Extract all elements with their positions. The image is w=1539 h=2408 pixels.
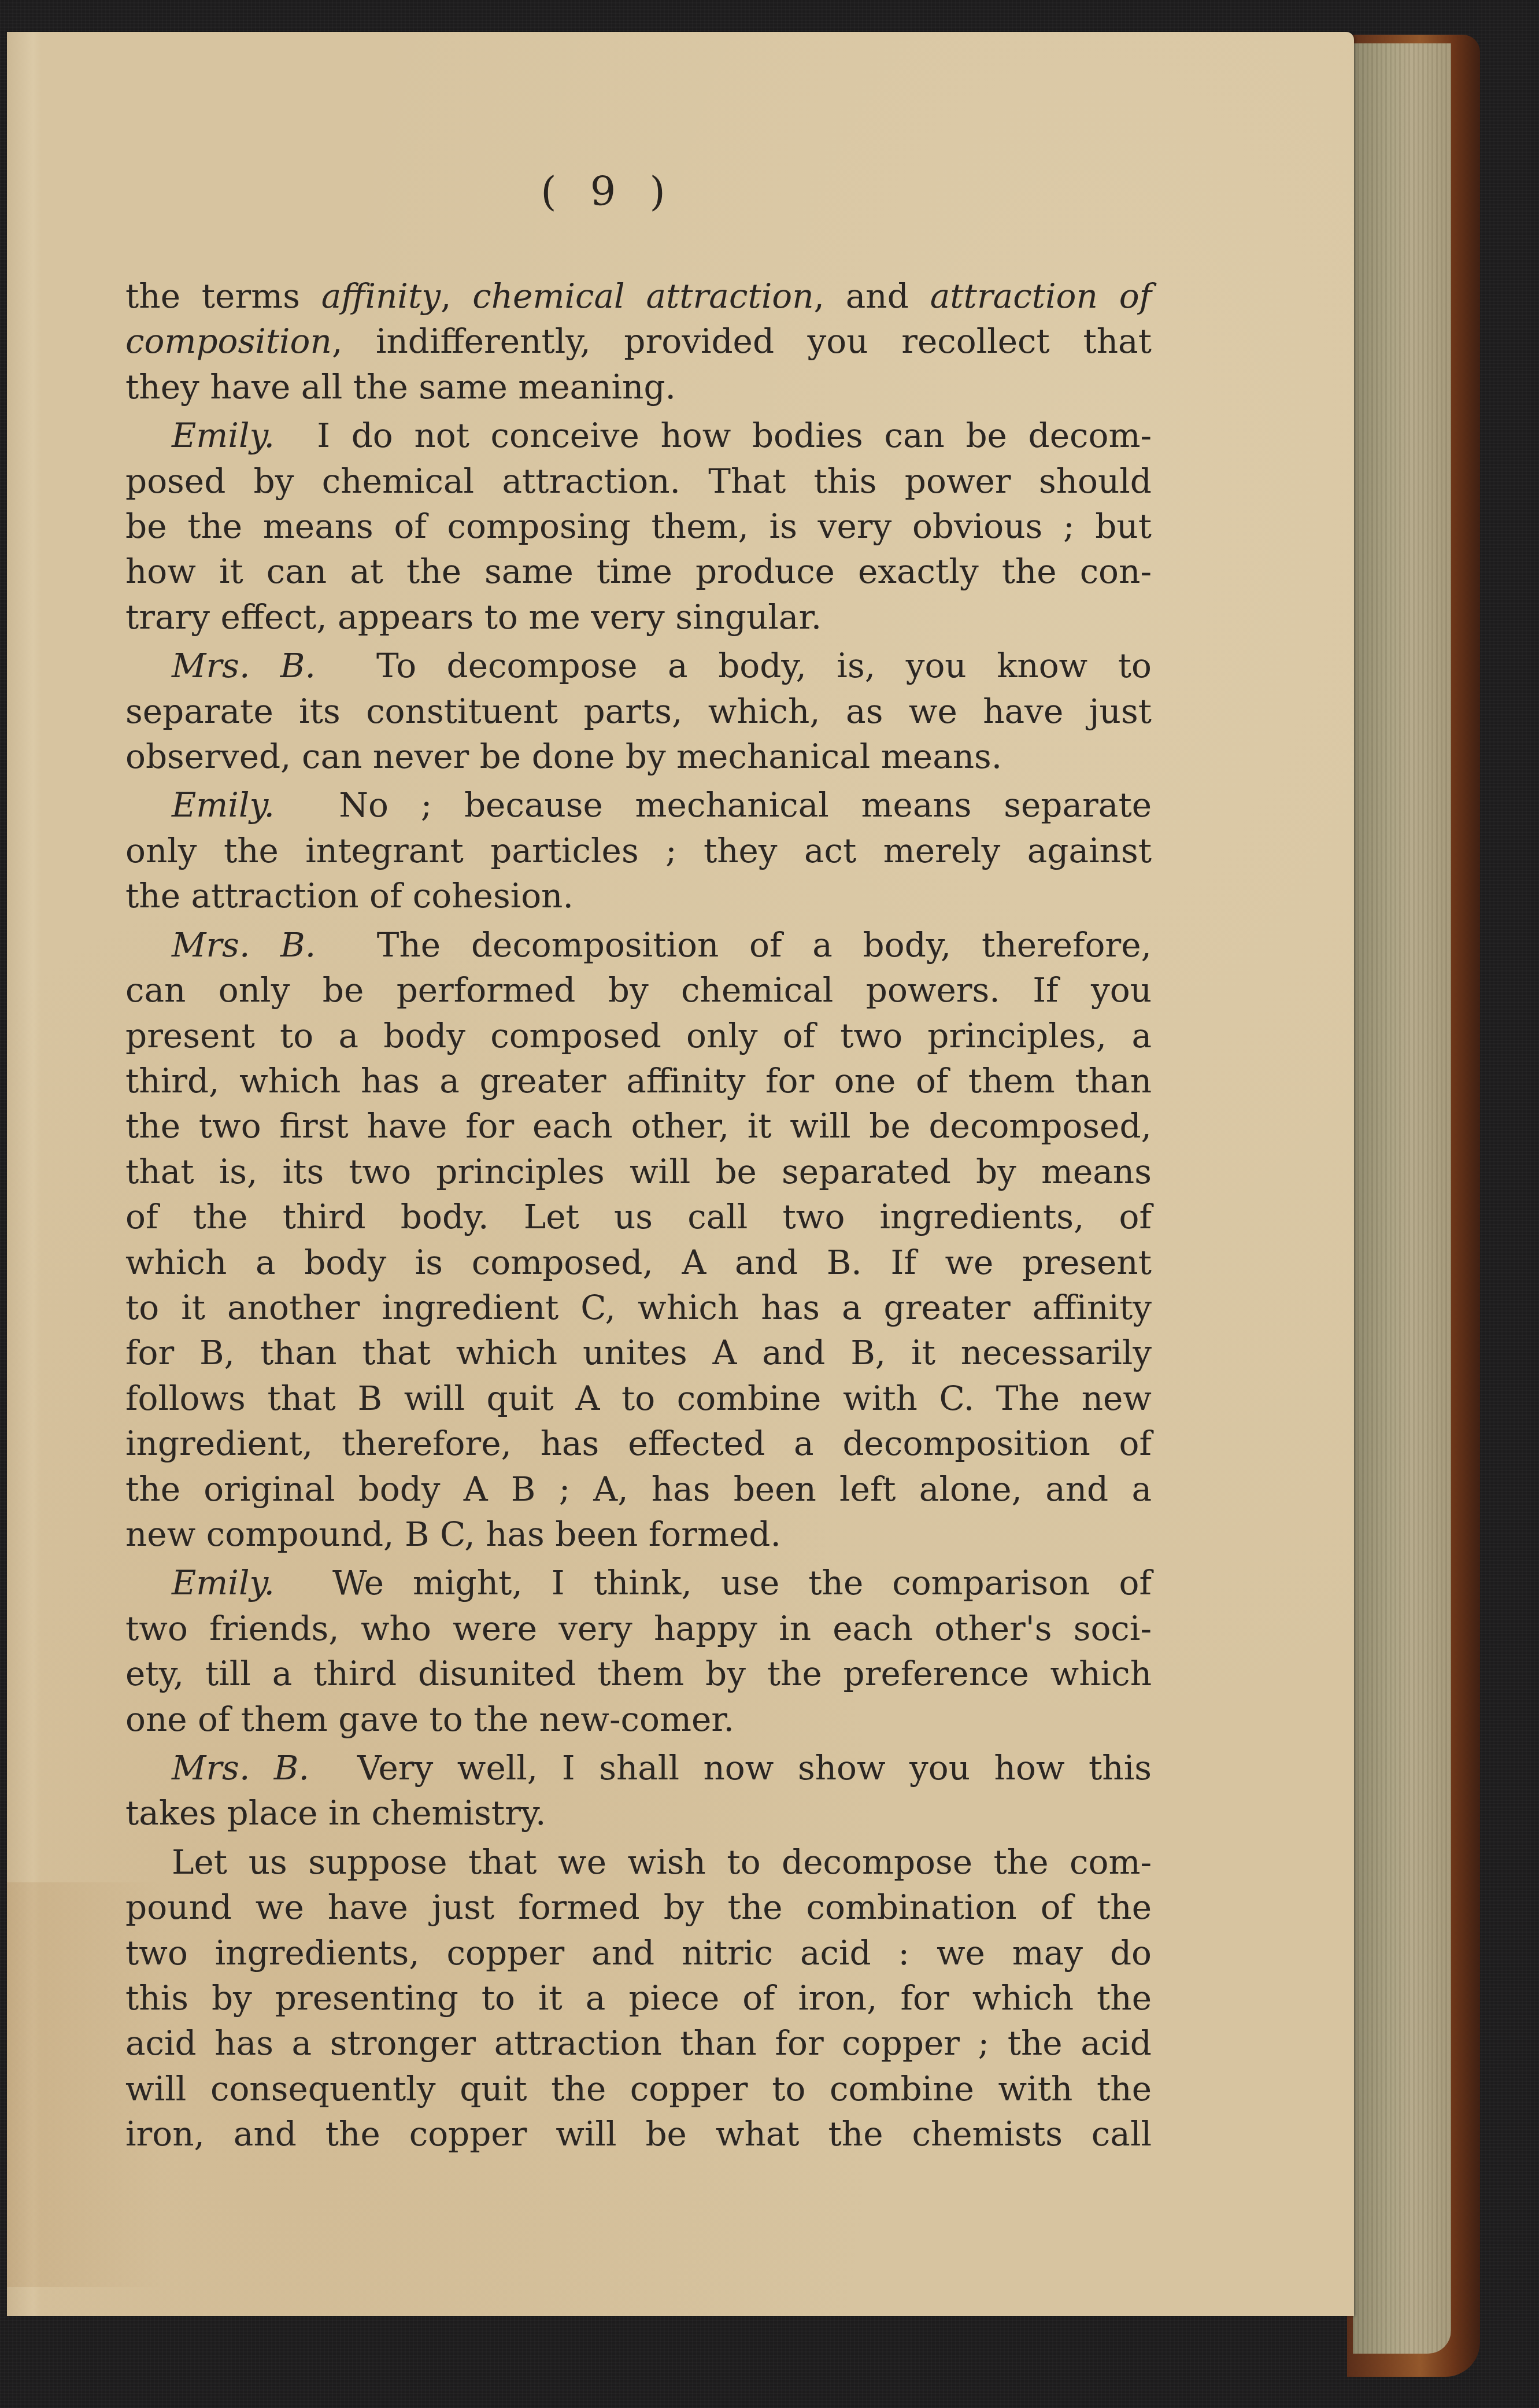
text-line: Emily. I do not conceive how bodies can … xyxy=(125,413,1152,458)
text-segment: To decompose a body, is, you know to xyxy=(376,646,1152,685)
text-line: third, which has a greater affinity for … xyxy=(125,1058,1152,1103)
text-line: Let us suppose that we wish to decompose… xyxy=(125,1840,1152,1885)
text-line: they have all the same meaning. xyxy=(125,364,1152,409)
text-line: this by presenting to it a piece of iron… xyxy=(125,1975,1152,2021)
paragraph-mrs-b: Mrs. B. To decompose a body, is, you kno… xyxy=(125,643,1152,779)
text-line: be the means of composing them, is very … xyxy=(125,504,1152,549)
text-line: present to a body composed only of two p… xyxy=(125,1013,1152,1058)
text-line: new compound, B C, has been formed. xyxy=(125,1512,1152,1557)
italic-term-attraction-of: attraction of xyxy=(930,276,1152,316)
page-block-edges xyxy=(1353,43,1451,2354)
speaker-name: Mrs. B. xyxy=(172,646,316,685)
text-line: ingredient, therefore, has effected a de… xyxy=(125,1421,1152,1466)
paragraph-emily: Emily. I do not conceive how bodies can … xyxy=(125,413,1152,640)
text-segment: We might, I think, use the comparison of xyxy=(332,1563,1152,1602)
text-line: to it another ingredient C, which has a … xyxy=(125,1285,1152,1330)
text-segment: the terms xyxy=(125,276,321,316)
text-line: takes place in chemistry. xyxy=(125,1790,1152,1835)
paragraph-mrs-b: Mrs. B. The decomposition of a body, the… xyxy=(125,922,1152,1557)
speaker-name: Emily. xyxy=(172,416,275,455)
speaker-name: Emily. xyxy=(172,785,275,825)
paragraph-emily: Emily. No ; because mechanical means sep… xyxy=(125,782,1152,918)
text-segment: , indifferently, provided you recollect … xyxy=(332,322,1152,361)
paragraph-emily: Emily. We might, I think, use the compar… xyxy=(125,1560,1152,1742)
text-line: which a body is composed, A and B. If we… xyxy=(125,1240,1152,1285)
text-segment: , and xyxy=(814,276,930,316)
paragraph-narrative: Let us suppose that we wish to decompose… xyxy=(125,1840,1152,2157)
text-line: posed by chemical attraction. That this … xyxy=(125,459,1152,504)
text-line: for B, than that which unites A and B, i… xyxy=(125,1330,1152,1375)
text-line: acid has a stronger attraction than for … xyxy=(125,2021,1152,2066)
text-line: two ingredients, copper and nitric acid … xyxy=(125,1930,1152,1975)
text-line: Mrs. B. The decomposition of a body, the… xyxy=(125,922,1152,967)
text-line: Emily. We might, I think, use the compar… xyxy=(125,1560,1152,1605)
text-segment: No ; because mechanical means separate xyxy=(339,785,1152,825)
speaker-name: Mrs. B. xyxy=(172,925,316,965)
text-line: observed, can never be done by mechanica… xyxy=(125,734,1152,779)
book-page: ( 9 ) the terms affinity, chemical attra… xyxy=(7,32,1354,2316)
text-line: can only be performed by chemical powers… xyxy=(125,967,1152,1013)
paragraph-mrs-b: Mrs. B. Very well, I shall now show you … xyxy=(125,1745,1152,1836)
text-line: composition, indifferently, provided you… xyxy=(125,319,1152,364)
italic-term-affinity: affinity xyxy=(321,276,441,316)
text-segment: , xyxy=(441,276,472,316)
text-line: that is, its two principles will be sepa… xyxy=(125,1149,1152,1194)
body-text: the terms affinity, chemical attraction,… xyxy=(125,274,1152,2160)
page-number: ( 9 ) xyxy=(510,168,706,215)
text-line: Mrs. B. Very well, I shall now show you … xyxy=(125,1745,1152,1790)
text-line: the attraction of cohesion. xyxy=(125,873,1152,918)
text-segment: I do not conceive how bodies can be deco… xyxy=(317,416,1152,455)
text-line: one of them gave to the new-comer. xyxy=(125,1697,1152,1742)
text-segment: Very well, I shall now show you how this xyxy=(357,1748,1152,1787)
text-line: Emily. No ; because mechanical means sep… xyxy=(125,782,1152,828)
paragraph-continuation: the terms affinity, chemical attraction,… xyxy=(125,274,1152,409)
text-line: two friends, who were very happy in each… xyxy=(125,1606,1152,1651)
text-line: will consequently quit the copper to com… xyxy=(125,2066,1152,2111)
text-line: only the integrant particles ; they act … xyxy=(125,828,1152,873)
text-line: Mrs. B. To decompose a body, is, you kno… xyxy=(125,643,1152,688)
text-line: of the third body. Let us call two ingre… xyxy=(125,1194,1152,1239)
text-line: the two first have for each other, it wi… xyxy=(125,1103,1152,1148)
italic-term-composition: composition xyxy=(125,322,332,361)
text-line: follows that B will quit A to combine wi… xyxy=(125,1376,1152,1421)
text-line: pound we have just formed by the combina… xyxy=(125,1885,1152,1930)
text-line: how it can at the same time produce exac… xyxy=(125,549,1152,594)
italic-term-chemical-attraction: chemical attraction xyxy=(472,276,813,316)
text-line: the original body A B ; A, has been left… xyxy=(125,1467,1152,1512)
speaker-name: Emily. xyxy=(172,1563,275,1602)
text-line: trary effect, appears to me very singula… xyxy=(125,594,1152,640)
text-line: iron, and the copper will be what the ch… xyxy=(125,2111,1152,2156)
speaker-name: Mrs. B. xyxy=(172,1748,309,1787)
text-segment: The decomposition of a body, therefore, xyxy=(377,925,1152,965)
text-line: ety, till a third disunited them by the … xyxy=(125,1651,1152,1696)
text-line: the terms affinity, chemical attraction,… xyxy=(125,274,1152,319)
text-line: separate its constituent parts, which, a… xyxy=(125,689,1152,734)
